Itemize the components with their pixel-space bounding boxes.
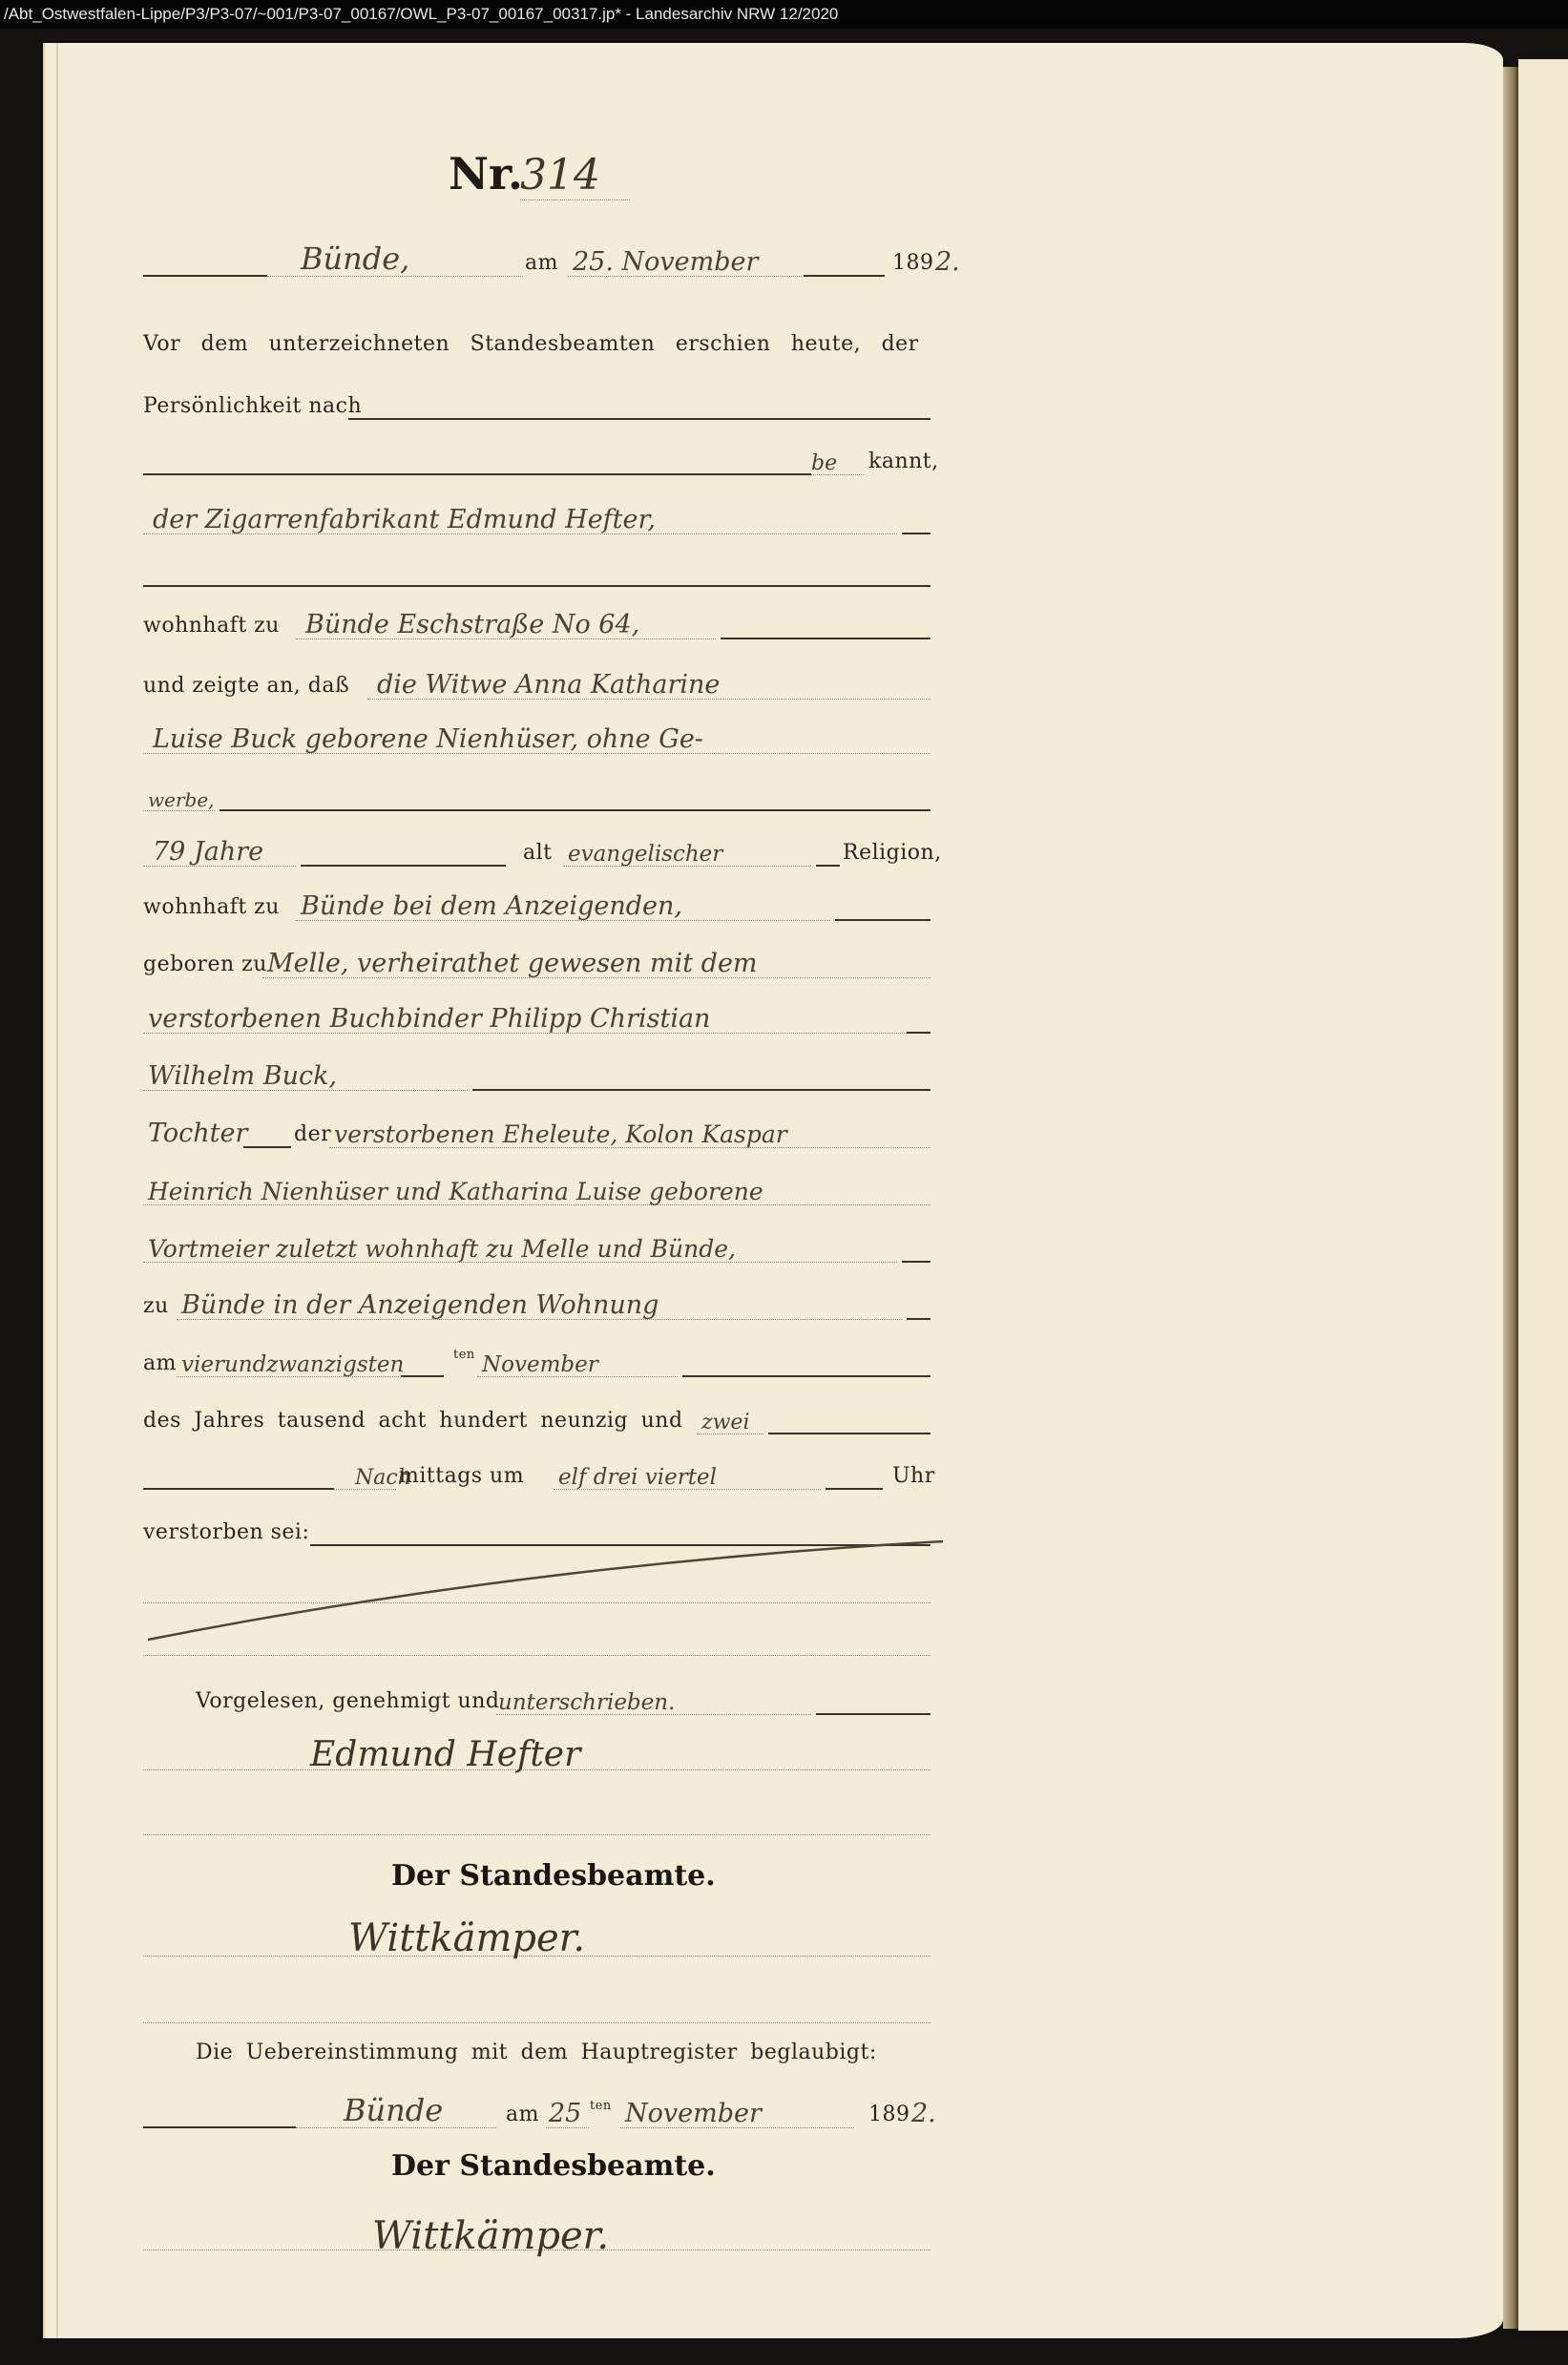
rule — [143, 473, 811, 475]
certification-registrar-heading: Der Standesbeamte. — [0, 2149, 1568, 2183]
religion-label: Religion, — [843, 841, 942, 865]
deceased-residence-line: wohnhaft zu Bünde bei dem Anzeigenden, — [143, 883, 935, 925]
born-line-3: Wilhelm Buck, — [143, 1053, 935, 1095]
intro-line: Vor dem unterzeichneten Standesbeamten e… — [143, 320, 935, 362]
personality-label: Persönlichkeit nach — [143, 394, 362, 418]
book-gutter — [1503, 67, 1518, 2329]
day-value: vierundzwanzigsten — [181, 1352, 404, 1377]
am-label: am — [525, 251, 558, 275]
rule — [835, 919, 930, 921]
residence-label: wohnhaft zu — [143, 614, 280, 638]
read-hand: unterschrieben. — [498, 1690, 675, 1715]
rule — [220, 809, 930, 811]
parents-line-1: Tochter der verstorbenen Eheleute, Kolon… — [143, 1110, 935, 1152]
rule — [348, 418, 930, 420]
registrar-signature-line: Wittkämper. — [143, 1918, 935, 1960]
rule — [907, 1032, 930, 1034]
rule — [816, 865, 840, 867]
reported-line-3: werbe, — [143, 773, 935, 815]
adjacent-page — [1518, 59, 1568, 2331]
rule — [143, 275, 267, 277]
born-value-3: Wilhelm Buck, — [148, 1061, 337, 1091]
alt-label: alt — [523, 841, 553, 865]
rule — [401, 1375, 444, 1377]
rule — [902, 1261, 930, 1263]
rule — [243, 1146, 291, 1148]
religion-value: evangelischer — [568, 842, 722, 867]
rule — [143, 2126, 296, 2128]
reported-value-2: Luise Buck geborene Nienhüser, ohne Ge- — [153, 724, 703, 754]
registrar-heading: Der Standesbeamte. — [0, 1859, 1568, 1893]
blank-dotted-line-4 — [143, 1985, 935, 2027]
rule — [682, 1375, 930, 1377]
dotted-rule — [143, 2022, 930, 2023]
informant-signature: Edmund Hefter — [310, 1735, 580, 1774]
read-label: Vorgelesen, genehmigt und — [196, 1689, 499, 1713]
record-number-label: Nr. — [449, 148, 523, 199]
certification-day: 25 — [549, 2099, 581, 2128]
born-line-2: verstorbenen Buchbinder Philipp Christia… — [143, 995, 935, 1037]
reported-line-1: und zeigte an, daß die Witwe Anna Kathar… — [143, 661, 935, 703]
window-title: /Abt_Ostwestfalen-Lippe/P3/P3-07/~001/P3… — [4, 5, 838, 23]
daughter-value: Tochter — [148, 1119, 247, 1148]
year-hand: zwei — [701, 1411, 749, 1434]
rule — [472, 1089, 930, 1091]
known-print: kannt, — [868, 450, 939, 473]
time-print: mittags um — [399, 1464, 524, 1488]
intro-text: Vor dem unterzeichneten Standesbeamten e… — [143, 332, 919, 356]
rule — [721, 638, 930, 639]
certification-ten: ten — [590, 2099, 612, 2113]
window-title-bar: /Abt_Ostwestfalen-Lippe/P3/P3-07/~001/P3… — [0, 0, 1568, 29]
header-place-date-line: Bünde, am 25. November 189 2. — [143, 239, 935, 281]
born-line-1: geboren zu Melle, verheirathet gewesen m… — [143, 940, 935, 982]
year-prefix: 189 — [892, 251, 934, 275]
parents-value-1: verstorbenen Eheleute, Kolon Kaspar — [334, 1120, 787, 1148]
death-year-line: des Jahres tausend acht hundert neunzig … — [143, 1396, 935, 1438]
born-value-2: verstorbenen Buchbinder Philipp Christia… — [148, 1004, 710, 1034]
known-hand: be — [811, 451, 837, 475]
uhr-label: Uhr — [892, 1464, 935, 1488]
certification-month: November — [625, 2099, 762, 2128]
parents-value-3: Vortmeier zuletzt wohnhaft zu Melle und … — [148, 1235, 736, 1263]
age-religion-line: 79 Jahre alt evangelischer Religion, — [143, 828, 935, 870]
record-number-value: 314 — [520, 151, 630, 200]
time-value: elf drei viertel — [558, 1465, 717, 1490]
certification-place-date-line: Bünde am 25 ten November 189 2. — [143, 2090, 935, 2132]
parents-print: der — [294, 1122, 331, 1146]
parents-line-3: Vortmeier zuletzt wohnhaft zu Melle und … — [143, 1224, 935, 1266]
born-value-1: Melle, verheirathet gewesen mit dem — [267, 949, 758, 978]
death-place-line: zu Bünde in der Anzeigenden Wohnung — [143, 1282, 935, 1324]
personality-line: Persönlichkeit nach — [143, 382, 935, 424]
parents-line-2: Heinrich Nienhüser und Katharina Luise g… — [143, 1167, 935, 1209]
residence-line: wohnhaft zu Bünde Eschstraße No 64, — [143, 601, 935, 643]
rule — [816, 1713, 930, 1715]
rule — [804, 275, 885, 277]
known-line: be kannt, — [143, 437, 935, 479]
reported-value-3: werbe, — [148, 788, 215, 811]
born-label: geboren zu — [143, 952, 267, 976]
certification-am: am — [506, 2103, 539, 2126]
dotted-rule — [143, 1834, 930, 1835]
rule — [907, 1318, 930, 1320]
informant-line: der Zigarrenfabrikant Edmund Hefter, — [143, 496, 935, 538]
informant-signature-line: Edmund Hefter — [143, 1732, 935, 1774]
day-label: am — [143, 1351, 177, 1375]
certification-signature-line: Wittkämper. — [143, 2212, 935, 2254]
certification-statement-line: Die Uebereinstimmung mit dem Hauptregist… — [143, 2028, 935, 2070]
certification-year-prefix: 189 — [868, 2103, 910, 2126]
strike-through-line — [143, 1527, 945, 1642]
age-value: 79 Jahre — [153, 837, 263, 867]
death-time-line: Nach mittags um elf drei viertel Uhr — [143, 1452, 935, 1494]
death-day-line: am vierundzwanzigsten ten November — [143, 1339, 935, 1381]
parents-value-2: Heinrich Nienhüser und Katharina Luise g… — [148, 1178, 763, 1205]
blank-dotted-line-3 — [143, 1797, 935, 1839]
month-value: November — [482, 1352, 598, 1377]
certification-place: Bünde — [344, 2092, 443, 2128]
blank-line — [143, 549, 935, 591]
rule — [768, 1433, 930, 1434]
death-place-value: Bünde in der Anzeigenden Wohnung — [181, 1290, 659, 1320]
year-suffix: 2. — [935, 247, 960, 277]
informant-value: der Zigarrenfabrikant Edmund Hefter, — [153, 505, 656, 534]
deceased-residence-label: wohnhaft zu — [143, 895, 280, 919]
reported-label: und zeigte an, daß — [143, 674, 349, 698]
rule — [301, 865, 506, 867]
residence-value: Bünde Eschstraße No 64, — [305, 610, 639, 639]
certification-registrar-signature: Wittkämper. — [372, 2214, 609, 2258]
rule — [902, 533, 930, 534]
registrar-signature: Wittkämper. — [348, 1916, 585, 1960]
certification-year-suffix: 2. — [911, 2099, 936, 2128]
dotted-rule — [143, 1655, 930, 1656]
rule — [826, 1488, 883, 1490]
deceased-residence-value: Bünde bei dem Anzeigenden, — [301, 891, 682, 921]
rule — [143, 585, 930, 587]
date-value: 25. November — [573, 247, 758, 277]
death-place-label: zu — [143, 1294, 169, 1318]
ten-suffix: ten — [453, 1348, 475, 1362]
page-edge-line — [56, 43, 58, 2338]
rule — [143, 1488, 334, 1490]
place-value: Bünde, — [301, 241, 409, 277]
year-text: des Jahres tausend acht hundert neunzig … — [143, 1409, 683, 1433]
certification-statement: Die Uebereinstimmung mit dem Hauptregist… — [196, 2041, 877, 2064]
reported-value-1: die Witwe Anna Katharine — [377, 670, 720, 700]
read-approved-line: Vorgelesen, genehmigt und unterschrieben… — [143, 1677, 935, 1719]
reported-line-2: Luise Buck geborene Nienhüser, ohne Ge- — [143, 716, 935, 758]
